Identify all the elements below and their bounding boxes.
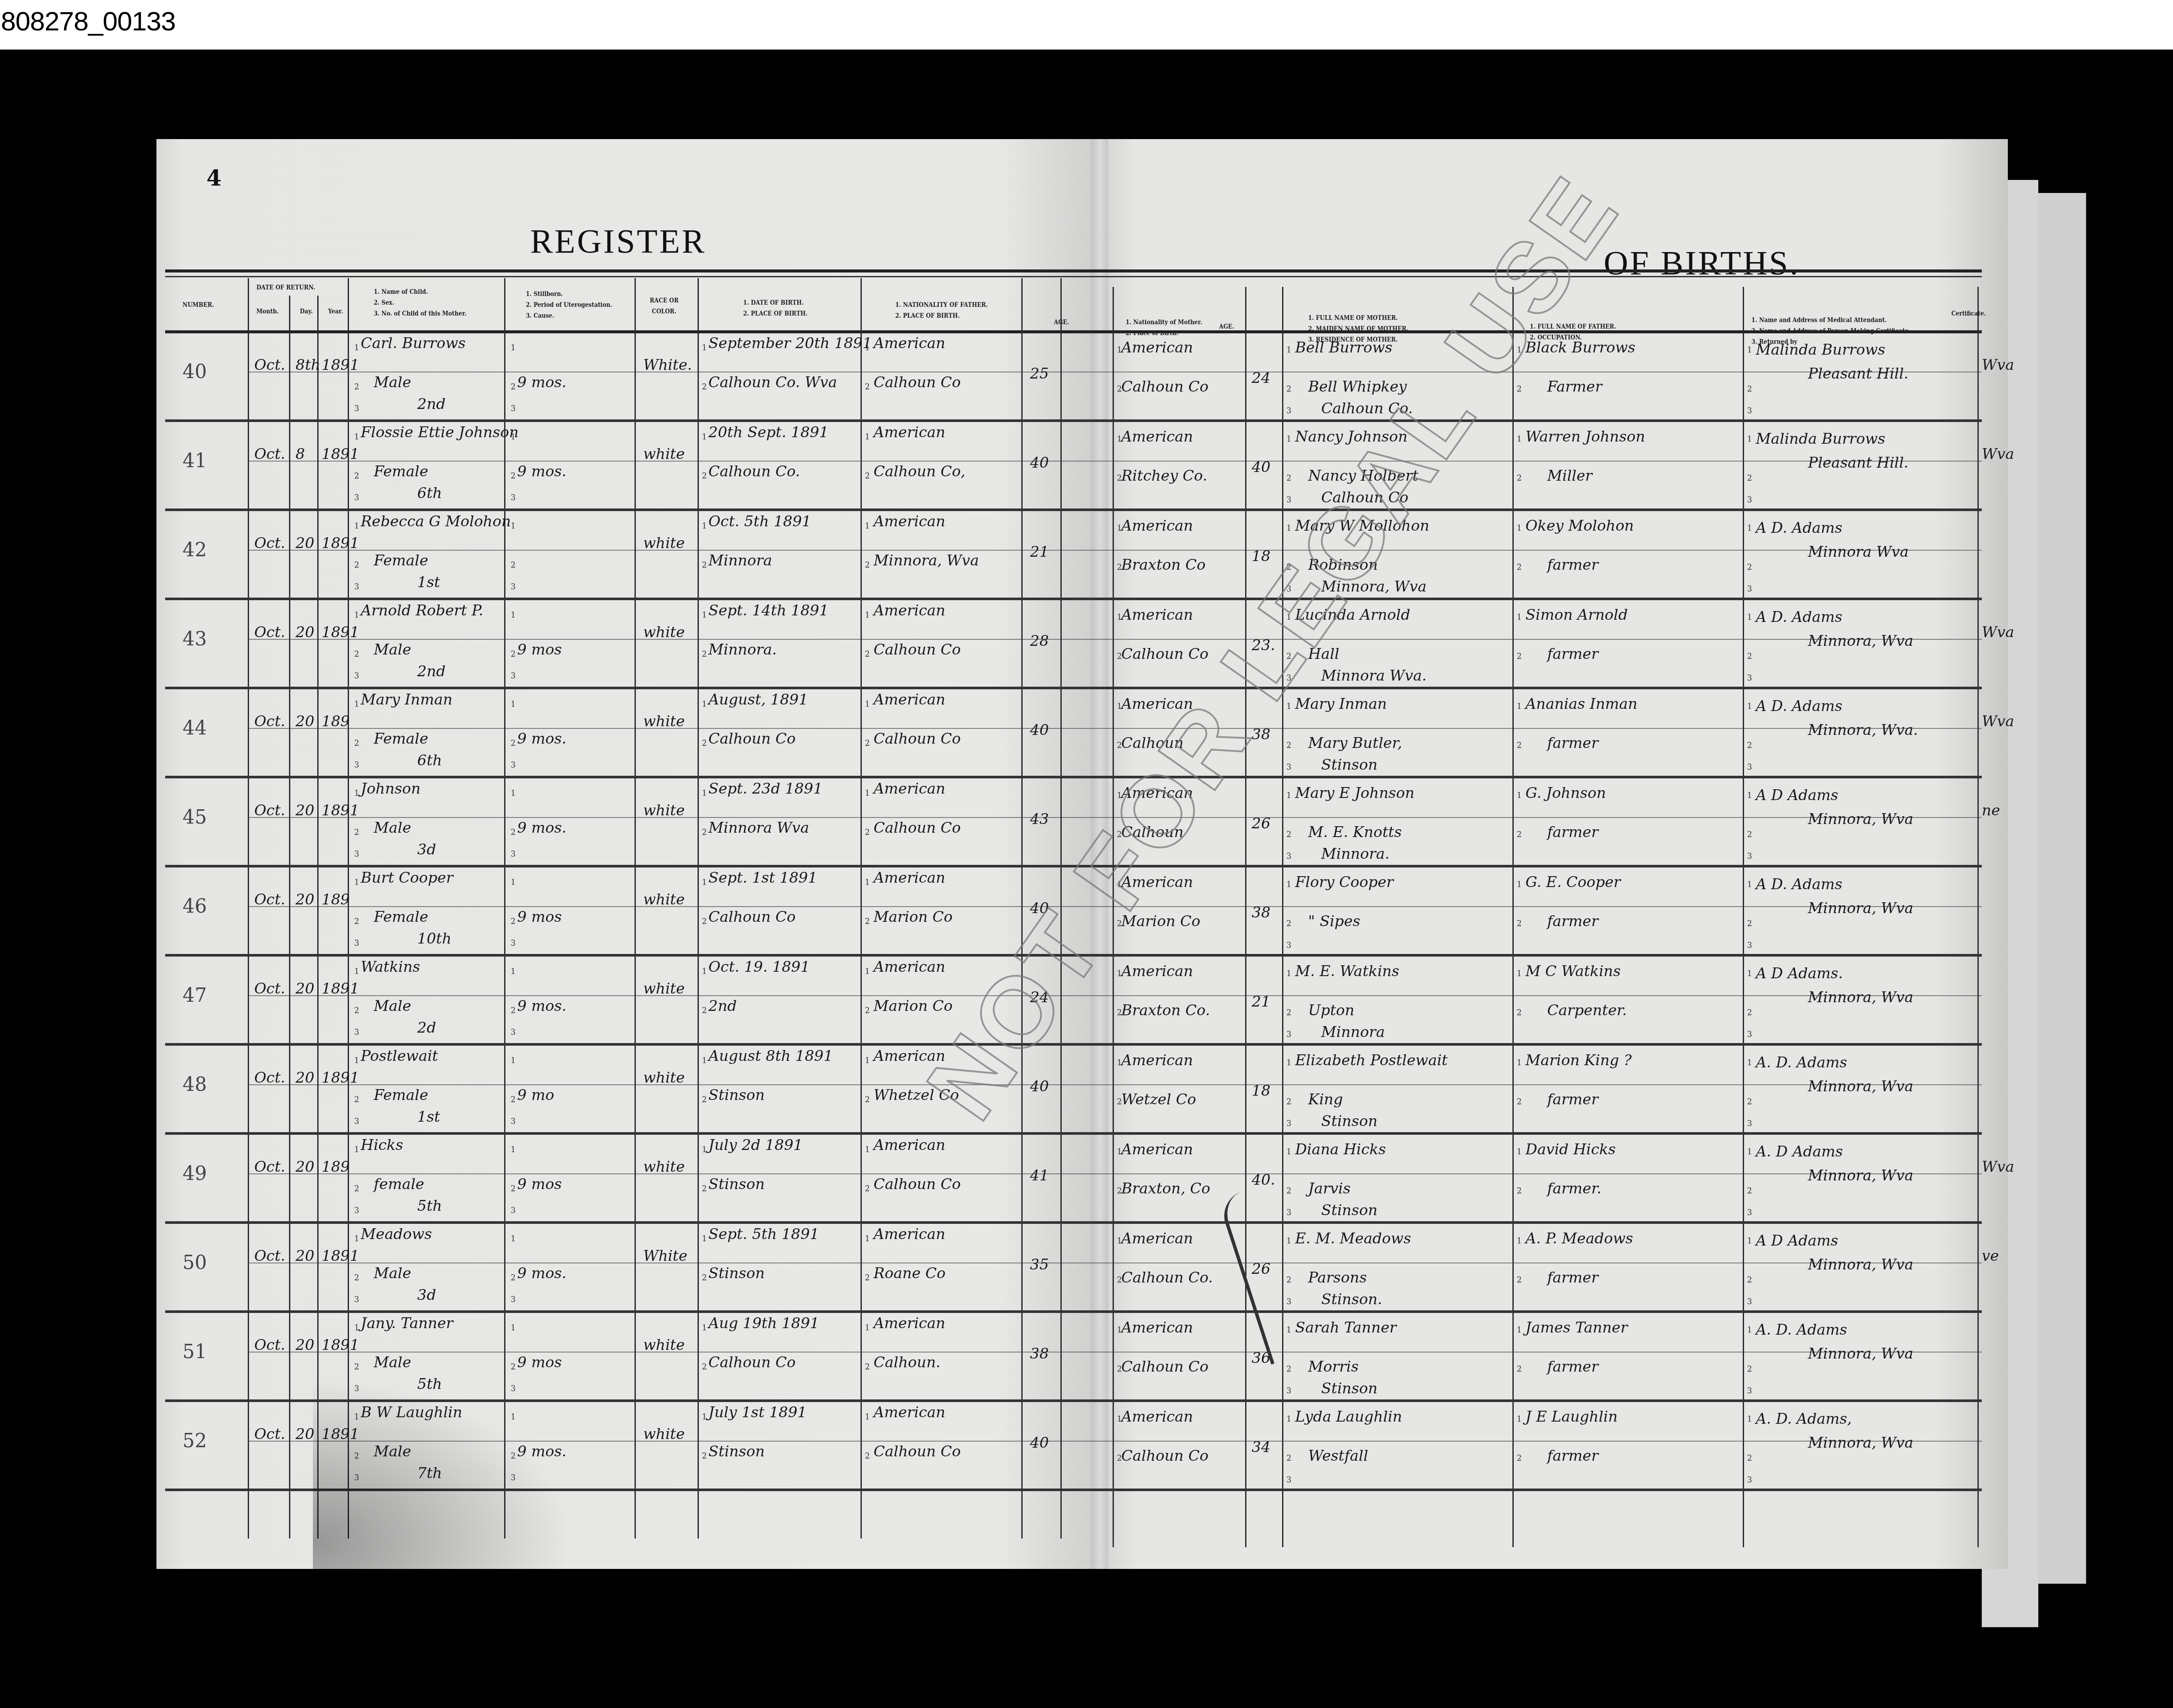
record-occupation: farmer (1547, 1091, 1598, 1108)
printed-line-marker: 2 (1117, 385, 1122, 394)
record-sex: Female (374, 1087, 428, 1104)
printed-line-marker: 3 (354, 1295, 359, 1304)
record-day: 20 (296, 891, 314, 908)
record-uterogestation: 9 mos. (517, 1265, 566, 1282)
record-sex: Male (374, 997, 411, 1015)
header-cause: 3. Cause. (526, 311, 554, 321)
printed-line-marker: 1 (1747, 969, 1752, 978)
record-month: Oct. (254, 802, 285, 819)
record-mother-birthplace: Calhoun Co (1121, 1358, 1209, 1376)
column-divider (504, 278, 505, 1539)
printed-line-marker: 2 (1747, 563, 1752, 572)
record-father-age: 41 (1030, 1167, 1049, 1184)
header-day: Day. (300, 306, 313, 316)
record-margin-note: ne (1982, 802, 2000, 819)
printed-line-marker: 1 (1117, 1147, 1122, 1156)
record-father-birthplace: Calhoun Co (874, 1443, 961, 1460)
printed-line-marker: 1 (1747, 1236, 1752, 1246)
subrow-divider (248, 1352, 1982, 1352)
printed-line-marker: 3 (1747, 674, 1752, 683)
printed-line-marker: 2 (865, 828, 870, 837)
record-father-nationality: American (874, 869, 945, 887)
record-father-nationality: American (874, 335, 945, 352)
printed-line-marker: 1 (354, 967, 359, 976)
printed-line-marker: 1 (865, 432, 870, 442)
record-number: 49 (183, 1163, 207, 1185)
printed-line-marker: 2 (511, 739, 515, 748)
printed-line-marker: 1 (702, 1056, 707, 1065)
record-number: 50 (183, 1252, 207, 1274)
record-father-nationality: American (874, 1226, 945, 1243)
printed-line-marker: 2 (1517, 474, 1522, 483)
record-month: Oct. (254, 624, 285, 641)
printed-line-marker: 1 (1117, 346, 1122, 355)
record-number: 45 (183, 806, 207, 828)
printed-line-marker: 1 (1747, 435, 1752, 444)
printed-line-marker: 1 (702, 1412, 707, 1422)
printed-line-marker: 1 (865, 878, 870, 887)
subrow-divider (248, 461, 1982, 462)
record-birth-place: Minnora. (708, 641, 777, 658)
record-attendant: A D. Adams (1756, 698, 1842, 715)
record-child-name: Watkins (361, 958, 420, 976)
record-mother-age: 38 (1252, 904, 1270, 921)
printed-line-marker: 1 (1286, 1147, 1291, 1156)
printed-line-marker: 1 (511, 878, 515, 887)
printed-line-marker: 1 (865, 1323, 870, 1333)
record-race: white (643, 445, 685, 463)
printed-line-marker: 1 (1286, 1058, 1291, 1067)
record-father-name: Marion King ? (1525, 1052, 1631, 1069)
printed-line-marker: 3 (1747, 1119, 1752, 1128)
record-father-name: J E Laughlin (1525, 1408, 1618, 1426)
printed-line-marker: 2 (1517, 652, 1522, 661)
printed-line-marker: 2 (1286, 741, 1291, 750)
printed-line-marker: 2 (1747, 1276, 1752, 1285)
printed-line-marker: 1 (1517, 1147, 1522, 1156)
printed-line-marker: 2 (511, 917, 515, 926)
record-father-age: 35 (1030, 1256, 1049, 1273)
record-father-birthplace: Calhoun Co, (874, 463, 965, 480)
record-mother-nationality: American (1121, 1052, 1193, 1069)
printed-line-marker: 3 (1286, 1475, 1291, 1485)
record-day: 20 (296, 624, 314, 641)
printed-line-marker: 2 (511, 1273, 515, 1283)
record-father-name: A. P. Meadows (1525, 1230, 1633, 1247)
record-attendant: A D Adams. (1756, 965, 1843, 982)
record-mother-name: Elizabeth Postlewait (1295, 1052, 1448, 1069)
printed-line-marker: 2 (511, 1184, 515, 1193)
record-number: 44 (183, 717, 207, 739)
printed-line-marker: 1 (865, 1056, 870, 1065)
record-child-name: Burt Cooper (361, 869, 453, 887)
printed-line-marker: 1 (511, 611, 515, 620)
printed-line-marker: 1 (1747, 524, 1752, 533)
record-number: 51 (183, 1341, 207, 1363)
record-race: white (643, 891, 685, 908)
record-uterogestation: 9 mos. (517, 997, 566, 1015)
printed-line-marker: 1 (702, 700, 707, 709)
record-child-no: 3d (417, 1286, 436, 1304)
printed-line-marker: 2 (1747, 1186, 1752, 1196)
printed-line-marker: 1 (511, 789, 515, 798)
row-divider (165, 687, 1982, 689)
printed-line-marker: 1 (1286, 1415, 1291, 1424)
record-father-name: Simon Arnold (1525, 606, 1628, 624)
record-month: Oct. (254, 713, 285, 730)
record-father-age: 40 (1030, 721, 1049, 739)
record-child-no: 2nd (417, 395, 445, 413)
record-birth-date: Sept. 23d 1891 (708, 780, 823, 798)
printed-line-marker: 3 (511, 761, 515, 770)
header-child-number: 3. No. of Child of this Mother. (374, 309, 466, 319)
printed-line-marker: 1 (354, 878, 359, 887)
header-uterogestation: 2. Period of Uterogestation. (526, 300, 612, 310)
record-mother-nationality: American (1121, 339, 1193, 356)
record-mother-maiden: King (1308, 1091, 1343, 1108)
record-mother-name: Bell Burrows (1295, 339, 1392, 356)
printed-line-marker: 3 (1747, 1030, 1752, 1039)
record-sex: Male (374, 1265, 411, 1282)
record-number: 46 (183, 895, 207, 917)
printed-line-marker: 1 (1286, 969, 1291, 978)
record-mother-maiden: M. E. Knotts (1308, 824, 1402, 841)
printed-line-marker: 2 (354, 828, 359, 837)
record-child-no: 6th (417, 485, 442, 502)
printed-line-marker: 1 (1747, 1326, 1752, 1335)
row-divider (165, 508, 1982, 511)
record-attendant: A. D Adams (1756, 1143, 1843, 1160)
record-attendant: A. D. Adams (1756, 1321, 1847, 1339)
printed-line-marker: 2 (1517, 563, 1522, 572)
printed-line-marker: 3 (1286, 1119, 1291, 1128)
record-father-birthplace: Roane Co (874, 1265, 946, 1282)
printed-line-marker: 3 (1286, 495, 1291, 505)
record-father-nationality: American (874, 780, 945, 798)
printed-line-marker: 1 (865, 1234, 870, 1243)
printed-line-marker: 1 (1517, 1415, 1522, 1424)
record-mother-birthplace: Wetzel Co (1121, 1091, 1196, 1108)
printed-line-marker: 2 (354, 1006, 359, 1015)
printed-line-marker: 2 (702, 917, 707, 926)
record-child-no: 6th (417, 752, 442, 769)
record-father-birthplace: Calhoun Co (874, 374, 961, 391)
printed-line-marker: 2 (1747, 652, 1752, 661)
record-attendant-address: Minnora, Wva (1808, 1345, 1914, 1362)
record-month: Oct. (254, 445, 285, 463)
printed-line-marker: 1 (702, 522, 707, 531)
record-occupation: farmer (1547, 1269, 1598, 1286)
record-birth-date: Oct. 19. 1891 (708, 958, 810, 976)
record-day: 8th (296, 356, 320, 374)
record-mother-nationality: American (1121, 428, 1193, 445)
record-number: 43 (183, 628, 207, 650)
printed-line-marker: 2 (354, 1184, 359, 1193)
printed-line-marker: 3 (354, 493, 359, 502)
printed-line-marker: 3 (1747, 852, 1752, 861)
printed-line-marker: 1 (1286, 791, 1291, 800)
record-child-name: Flossie Ettie Johnson (361, 424, 518, 441)
record-year: 1891 (322, 802, 359, 819)
printed-line-marker: 1 (354, 611, 359, 620)
printed-line-marker: 2 (702, 1273, 707, 1283)
record-mother-nationality: American (1121, 963, 1193, 980)
record-father-age: 25 (1030, 365, 1049, 382)
record-year: 1891 (322, 1069, 359, 1087)
printed-line-marker: 2 (354, 1095, 359, 1104)
subrow-divider (248, 550, 1982, 551)
record-attendant-address: Minnora, Wva (1808, 989, 1914, 1006)
record-father-birthplace: Minnora, Wva (874, 552, 979, 569)
record-occupation: farmer (1547, 1358, 1598, 1376)
printed-line-marker: 1 (702, 611, 707, 620)
printed-line-marker: 1 (1286, 435, 1291, 444)
printed-line-marker: 1 (702, 343, 707, 352)
printed-line-marker: 1 (1747, 880, 1752, 889)
printed-line-marker: 2 (1517, 741, 1522, 750)
header-nationality-mother: 1. Nationality of Mother. (1126, 317, 1202, 327)
printed-line-marker: 1 (1517, 1058, 1522, 1067)
printed-line-marker: 1 (1286, 880, 1291, 889)
record-father-name: M C Watkins (1525, 963, 1621, 980)
printed-line-marker: 1 (511, 700, 515, 709)
printed-line-marker: 2 (702, 1095, 707, 1104)
printed-line-marker: 1 (702, 789, 707, 798)
printed-line-marker: 2 (702, 739, 707, 748)
printed-line-marker: 2 (1286, 830, 1291, 839)
printed-line-marker: 1 (354, 1056, 359, 1065)
record-father-age: 43 (1030, 811, 1049, 828)
printed-line-marker: 1 (865, 1412, 870, 1422)
printed-line-marker: 2 (1517, 830, 1522, 839)
printed-line-marker: 3 (511, 850, 515, 859)
left-page (156, 139, 1091, 1569)
printed-line-marker: 1 (1747, 613, 1752, 622)
record-birth-date: Aug 19th 1891 (708, 1315, 819, 1332)
printed-line-marker: 1 (1117, 613, 1122, 622)
record-attendant-address: Pleasant Hill. (1808, 365, 1908, 382)
record-race: white (643, 624, 685, 641)
header-sex: 2. Sex. (374, 298, 394, 308)
printed-line-marker: 2 (1747, 385, 1752, 394)
record-mother-birthplace: Braxton Co. (1121, 1002, 1210, 1019)
printed-line-marker: 1 (354, 522, 359, 531)
record-mother-residence: Minnora Wva. (1321, 667, 1427, 685)
printed-line-marker: 1 (1517, 1326, 1522, 1335)
printed-line-marker: 1 (1517, 1236, 1522, 1246)
printed-line-marker: 1 (354, 1234, 359, 1243)
row-divider (165, 1043, 1982, 1046)
printed-line-marker: 2 (354, 382, 359, 392)
header-stillborn: 1. Stillborn. (526, 289, 563, 299)
record-attendant: Malinda Burrows (1756, 341, 1885, 359)
record-birth-date: Sept. 5th 1891 (708, 1226, 819, 1243)
record-mother-residence: Stinson (1321, 756, 1378, 774)
printed-line-marker: 2 (702, 1362, 707, 1372)
printed-line-marker: 2 (865, 739, 870, 748)
record-month: Oct. (254, 535, 285, 552)
record-margin-note: Wva (1982, 356, 2014, 374)
record-attendant: Malinda Burrows (1756, 430, 1885, 448)
record-mother-nationality: American (1121, 517, 1193, 535)
record-month: Oct. (254, 356, 285, 374)
record-race: white (643, 535, 685, 552)
printed-line-marker: 1 (702, 1234, 707, 1243)
printed-line-marker: 2 (702, 1006, 707, 1015)
record-child-name: Meadows (361, 1226, 432, 1243)
image-label: 808278_00133 (1, 6, 176, 37)
printed-line-marker: 1 (511, 967, 515, 976)
column-divider (861, 278, 862, 1539)
printed-line-marker: 3 (1747, 1208, 1752, 1217)
printed-line-marker: 1 (702, 967, 707, 976)
record-mother-name: Diana Hicks (1295, 1141, 1386, 1158)
subrow-divider (248, 995, 1982, 996)
printed-line-marker: 2 (1747, 1454, 1752, 1463)
printed-line-marker: 2 (865, 561, 870, 570)
printed-line-marker: 2 (354, 472, 359, 481)
printed-line-marker: 2 (511, 382, 515, 392)
record-race: White (643, 1247, 688, 1265)
printed-line-marker: 2 (865, 382, 870, 392)
record-birth-place: Minnora (708, 552, 772, 569)
record-year: 1891 (322, 1247, 359, 1265)
record-child-no: 1st (417, 574, 440, 591)
subrow-divider (248, 639, 1982, 640)
record-day: 8 (296, 445, 305, 463)
header-year: Year. (328, 306, 343, 316)
printed-line-marker: 2 (702, 382, 707, 392)
header-number: NUMBER. (183, 300, 214, 310)
row-divider (165, 1132, 1982, 1135)
record-birth-date: Sept. 14th 1891 (708, 602, 829, 619)
record-number: 41 (183, 450, 207, 472)
record-father-birthplace: Calhoun. (874, 1354, 940, 1371)
record-child-name: Postlewait (361, 1047, 438, 1065)
printed-line-marker: 1 (1517, 969, 1522, 978)
printed-line-marker: 2 (865, 472, 870, 481)
record-child-no: 10th (417, 930, 452, 947)
record-number: 52 (183, 1430, 207, 1452)
record-father-birthplace: Calhoun Co (874, 730, 961, 748)
record-month: Oct. (254, 1069, 285, 1087)
printed-line-marker: 2 (511, 561, 515, 570)
printed-line-marker: 1 (702, 1323, 707, 1333)
printed-line-marker: 2 (1286, 1186, 1291, 1196)
record-occupation: farmer (1547, 556, 1598, 574)
printed-line-marker: 1 (1517, 435, 1522, 444)
printed-line-marker: 2 (1517, 1454, 1522, 1463)
record-mother-maiden: Morris (1308, 1358, 1359, 1376)
record-sex: female (374, 1176, 424, 1193)
printed-line-marker: 2 (1286, 1365, 1291, 1374)
record-year: 1891 (322, 445, 359, 463)
row-divider (165, 1310, 1982, 1313)
printed-line-marker: 1 (1117, 1326, 1122, 1335)
record-uterogestation: 9 mos (517, 908, 562, 926)
record-attendant: A D. Adams (1756, 876, 1842, 893)
record-birth-place: Stinson (708, 1176, 765, 1193)
printed-line-marker: 2 (865, 1006, 870, 1015)
record-month: Oct. (254, 1426, 285, 1443)
printed-line-marker: 2 (354, 1362, 359, 1372)
printed-line-marker: 2 (1117, 1008, 1122, 1017)
record-sex: Male (374, 641, 411, 658)
printed-line-marker: 1 (702, 1145, 707, 1154)
header-certificate-maker: 2. Name and Address of Person Making Cer… (1751, 326, 1911, 336)
printed-line-marker: 1 (1747, 1415, 1752, 1424)
printed-line-marker: 1 (354, 432, 359, 442)
record-child-name: Mary Inman (361, 691, 452, 708)
printed-line-marker: 3 (1286, 1030, 1291, 1039)
record-race: white (643, 1336, 685, 1354)
record-race: white (643, 802, 685, 819)
printed-line-marker: 3 (511, 1206, 515, 1215)
record-month: Oct. (254, 1247, 285, 1265)
header-child-name: 1. Name of Child. (374, 287, 428, 297)
printed-line-marker: 3 (511, 404, 515, 413)
record-number: 47 (183, 984, 207, 1007)
printed-line-marker: 1 (1286, 346, 1291, 355)
record-month: Oct. (254, 891, 285, 908)
row-divider (165, 1221, 1982, 1224)
printed-line-marker: 1 (511, 432, 515, 442)
printed-line-marker: 3 (1286, 763, 1291, 772)
record-father-name: James Tanner (1525, 1319, 1628, 1336)
record-child-name: Rebecca G Molohon (361, 513, 511, 530)
printed-line-marker: 2 (1117, 1454, 1122, 1463)
record-day: 20 (296, 713, 314, 730)
printed-line-marker: 3 (354, 1028, 359, 1037)
printed-line-marker: 3 (1747, 941, 1752, 950)
record-race: white (643, 713, 685, 730)
record-day: 20 (296, 1426, 314, 1443)
record-attendant: A D. Adams (1756, 608, 1842, 626)
page-stain (313, 1378, 574, 1704)
record-month: Oct. (254, 1158, 285, 1176)
printed-line-marker: 2 (1286, 1008, 1291, 1017)
printed-line-marker: 1 (1517, 880, 1522, 889)
header-place-of-birth: 2. PLACE OF BIRTH. (743, 309, 807, 319)
printed-line-marker: 1 (354, 343, 359, 352)
printed-line-marker: 3 (354, 1117, 359, 1126)
printed-line-marker: 2 (1117, 652, 1122, 661)
record-birth-place: Stinson (708, 1443, 765, 1460)
printed-line-marker: 1 (1517, 791, 1522, 800)
printed-line-marker: 1 (702, 878, 707, 887)
printed-line-marker: 2 (865, 1184, 870, 1193)
printed-line-marker: 1 (1747, 346, 1752, 355)
record-uterogestation: 9 mos. (517, 463, 566, 480)
printed-line-marker: 2 (865, 917, 870, 926)
record-margin-note: ve (1982, 1247, 1999, 1265)
record-mother-age: 18 (1252, 1082, 1270, 1100)
record-birth-place: Calhoun Co (708, 1354, 796, 1371)
record-margin-note: Wva (1982, 713, 2014, 730)
column-divider (1245, 287, 1246, 1547)
printed-line-marker: 1 (865, 789, 870, 798)
printed-line-marker: 2 (1286, 1454, 1291, 1463)
record-mother-name: Flory Cooper (1295, 874, 1393, 891)
printed-line-marker: 2 (865, 1362, 870, 1372)
record-birth-place: Calhoun Co. Wva (708, 374, 837, 391)
record-day: 20 (296, 1158, 314, 1176)
record-sex: Female (374, 908, 428, 926)
record-attendant: A D Adams (1756, 787, 1838, 804)
printed-line-marker: 2 (1117, 1365, 1122, 1374)
record-father-nationality: American (874, 513, 945, 530)
record-mother-age: 24 (1252, 369, 1270, 387)
